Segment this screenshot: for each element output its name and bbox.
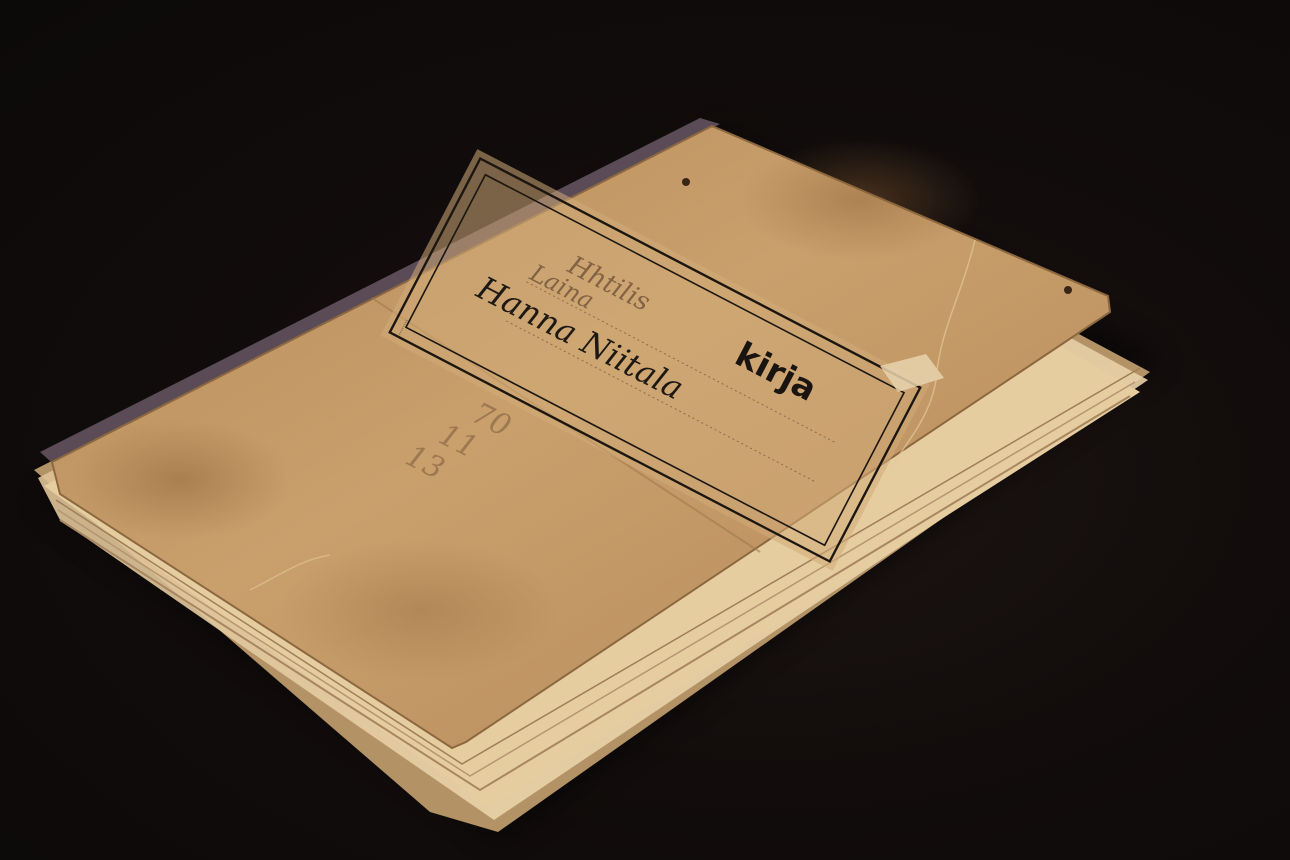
stain xyxy=(70,420,290,540)
spot xyxy=(682,178,690,186)
spot xyxy=(1064,286,1072,294)
photo-scene: Hhtilis kirja Laina Hanna Niitala ......… xyxy=(0,0,1290,860)
stain xyxy=(740,140,980,260)
stain xyxy=(280,540,560,680)
notebook-illustration: Hhtilis kirja Laina Hanna Niitala ......… xyxy=(0,0,1290,860)
